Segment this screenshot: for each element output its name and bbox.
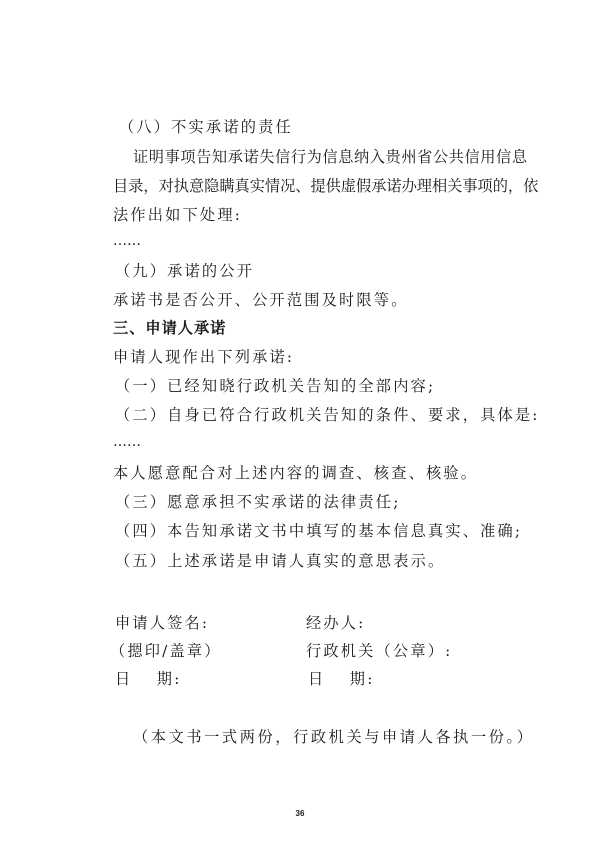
applicant-date-label: 日 期: [115,669,182,689]
section-8-ellipsis: …… [113,231,141,251]
section-8-heading: （八）不实承诺的责任 [119,117,293,137]
section-8-paragraph-line-3: 法作出如下处理: [113,205,242,225]
commitment-item-4: （四）本告知承诺文书中填写的基本信息真实、准确; [115,521,522,541]
part-3-ellipsis: …… [113,432,141,452]
page-number: 36 [0,809,600,818]
section-8-paragraph-line-2: 目录，对执意隐瞒真实情况、提供虚假承诺办理相关事项的，依 [113,176,527,196]
part-3-heading: 三、申请人承诺 [113,318,226,338]
section-8-paragraph-line-1: 证明事项告知承诺失信行为信息纳入贵州省公共信用信息 [133,147,527,167]
handler-label: 经办人: [306,613,365,633]
applicant-seal-label: （摁印/盖章） [110,641,222,661]
agency-date-label: 日 期: [308,669,375,689]
agency-seal-label: 行政机关（公章）: [306,641,452,661]
commitment-item-1: （一）已经知晓行政机关告知的全部内容; [115,376,435,396]
footer-note: （本文书一式两份，行政机关与申请人各执一份。） [133,727,535,747]
commitment-item-3: （三）愿意承担不实承诺的法律责任; [115,492,401,512]
section-9-heading: （九）承诺的公开 [115,261,254,281]
cooperation-statement: 本人愿意配合对上述内容的调查、核查、核验。 [113,463,478,483]
applicant-signature-label: 申请人签名: [115,613,209,633]
section-9-paragraph: 承诺书是否公开、公开范围及时限等。 [113,290,409,310]
part-3-intro: 申请人现作出下列承诺: [113,347,294,367]
commitment-item-2: （二）自身已符合行政机关告知的条件、要求，具体是: [115,405,540,425]
commitment-item-5: （五）上述承诺是申请人真实的意思表示。 [115,551,445,571]
